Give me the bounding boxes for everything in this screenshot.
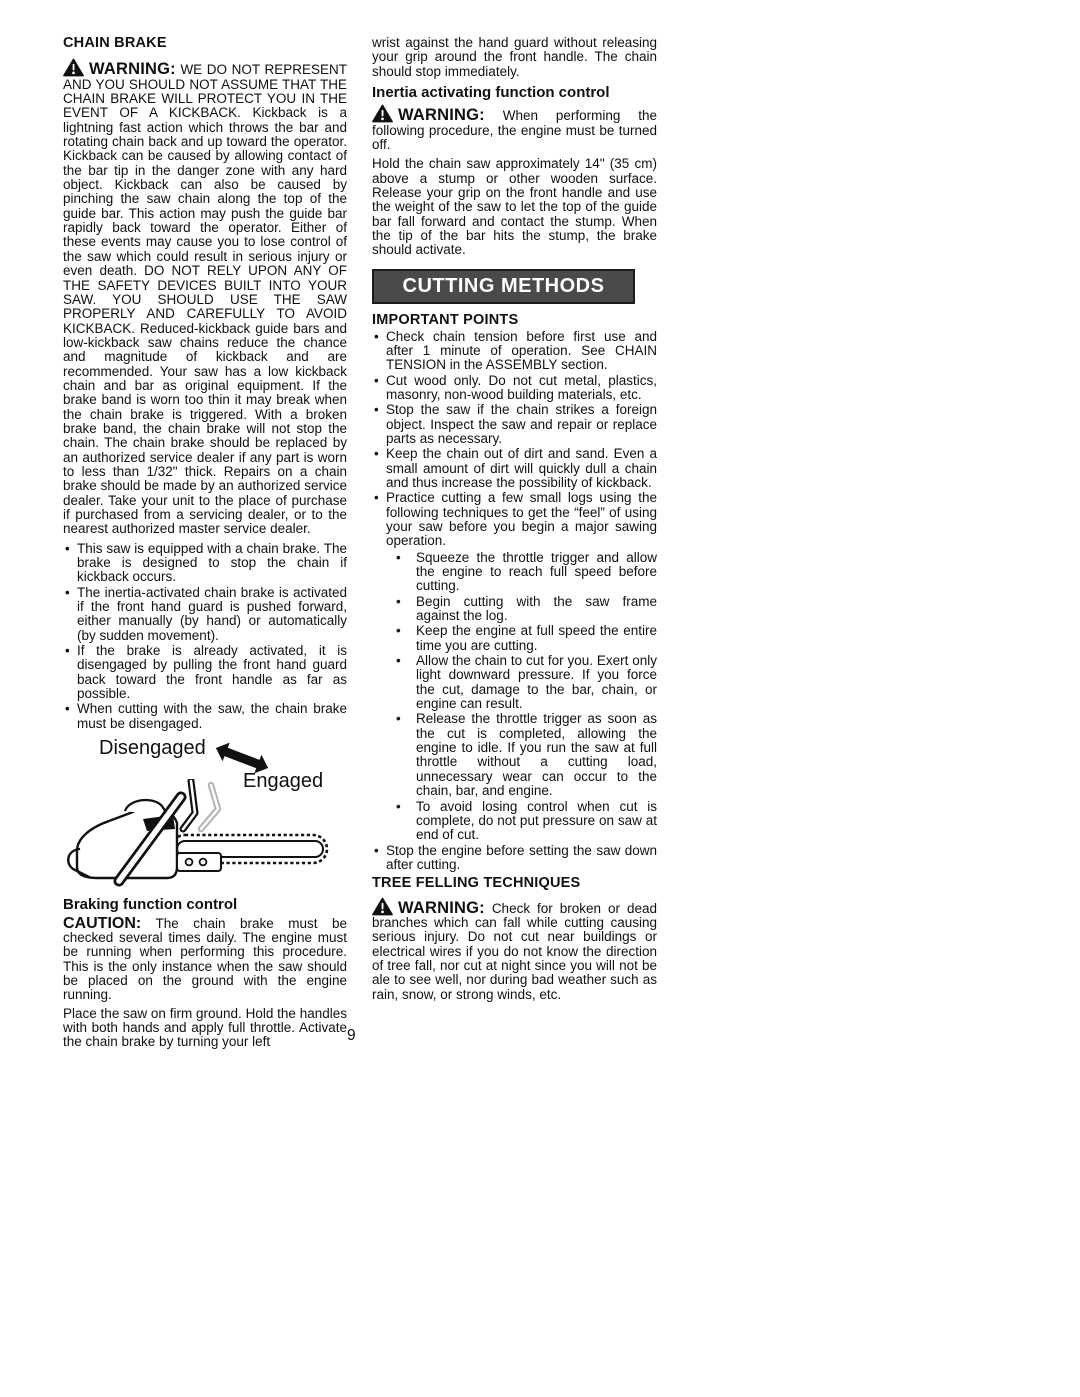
chain-brake-warning-paragraph: WARNING: WE DO NOT REPRESENT AND YOU SHO… (63, 58, 347, 536)
tree-felling-warning-paragraph: WARNING: Check for broken or dead branch… (372, 897, 657, 1002)
continuation-paragraph: wrist against the hand guard without rel… (372, 36, 657, 79)
important-points-list: Check chain tension before first use and… (372, 330, 657, 549)
warning-label: WARNING: (89, 60, 176, 78)
tree-felling-heading: TREE FELLING TECHNIQUES (372, 876, 657, 890)
list-item: Release the throttle trigger as soon as … (372, 712, 657, 798)
stop-engine-list: Stop the engine before setting the saw d… (372, 844, 657, 873)
chain-brake-bullet-list: This saw is equipped with a chain brake.… (63, 542, 347, 731)
hold-saw-paragraph: Hold the chain saw approximately 14" (35… (372, 157, 657, 257)
list-item: Cut wood only. Do not cut metal, plastic… (372, 374, 657, 403)
list-item: Practice cutting a few small logs using … (372, 491, 657, 548)
page-number: 9 (347, 1027, 356, 1045)
warning-triangle-icon (372, 104, 393, 123)
list-item: When cutting with the saw, the chain bra… (63, 702, 347, 731)
chainsaw-illustration (65, 779, 333, 892)
list-item: Check chain tension before first use and… (372, 330, 657, 373)
list-item: Keep the chain out of dirt and sand. Eve… (372, 447, 657, 490)
caution-paragraph: CAUTION: The chain brake must be checked… (63, 917, 347, 1003)
warning-label: WARNING: (398, 899, 485, 917)
warning-label: WARNING: (398, 106, 485, 124)
chain-brake-heading: CHAIN BRAKE (63, 36, 347, 50)
practice-techniques-list: Squeeze the throttle trigger and allow t… (372, 551, 657, 843)
list-item: Allow the chain to cut for you. Exert on… (372, 654, 657, 711)
disengaged-label: Disengaged (99, 737, 206, 759)
list-item: To avoid losing control when cut is comp… (372, 800, 657, 843)
cutting-methods-banner: CUTTING METHODS (372, 269, 635, 304)
place-saw-paragraph: Place the saw on firm ground. Hold the h… (63, 1007, 347, 1050)
inertia-function-heading: Inertia activating function control (372, 86, 657, 100)
chain-brake-figure: Disengaged Engaged (63, 737, 347, 891)
warning-text: Check for broken or dead branches which … (372, 901, 657, 1002)
list-item: The inertia-activated chain brake is act… (63, 586, 347, 643)
warning-triangle-icon (372, 897, 393, 916)
warning-body-text: Kickback is a lightning fast action whic… (63, 105, 347, 536)
list-item: Squeeze the throttle trigger and allow t… (372, 551, 657, 594)
important-points-heading: IMPORTANT POINTS (372, 313, 657, 327)
list-item: Begin cutting with the saw frame against… (372, 595, 657, 624)
braking-function-heading: Braking function control (63, 898, 347, 912)
manual-page: CHAIN BRAKE WARNING: WE DO NOT REPRESENT… (0, 0, 1080, 1397)
list-item: Keep the engine at full speed the entire… (372, 624, 657, 653)
list-item: Stop the engine before setting the saw d… (372, 844, 657, 873)
list-item: If the brake is already activated, it is… (63, 644, 347, 701)
inertia-warning-paragraph: WARNING: When performing the following p… (372, 104, 657, 152)
warning-triangle-icon (63, 58, 84, 77)
right-column: wrist against the hand guard without rel… (372, 36, 657, 1007)
left-column: CHAIN BRAKE WARNING: WE DO NOT REPRESENT… (63, 36, 347, 1054)
list-item: This saw is equipped with a chain brake.… (63, 542, 347, 585)
list-item: Stop the saw if the chain strikes a fore… (372, 403, 657, 446)
